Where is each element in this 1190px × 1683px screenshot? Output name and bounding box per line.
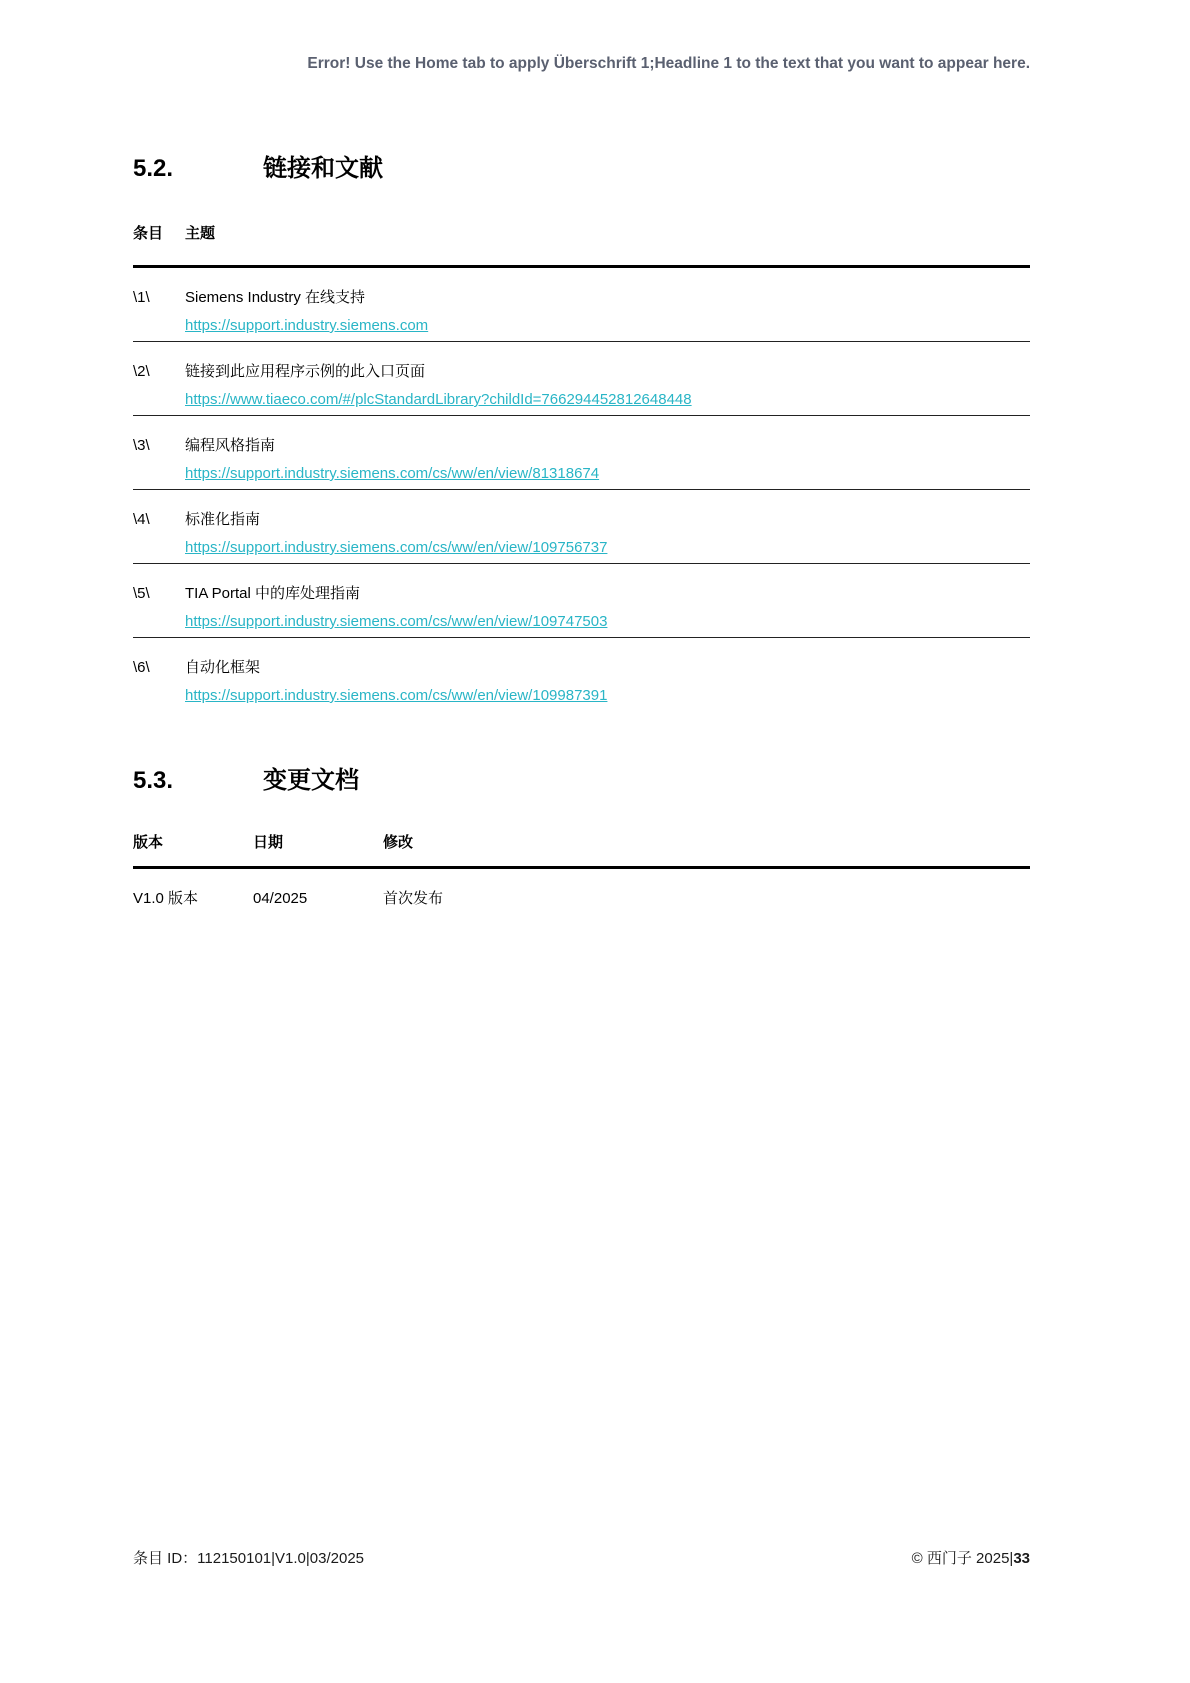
- row-content: 编程风格指南 https://support.industry.siemens.…: [185, 435, 1030, 485]
- link-url[interactable]: https://support.industry.siemens.com/cs/…: [185, 687, 607, 704]
- row-content: 标准化指南 https://support.industry.siemens.c…: [185, 509, 1030, 559]
- table-row: \1\ Siemens Industry 在线支持 https://suppor…: [133, 268, 1030, 342]
- footer-copyright: © 西门子 2025|33: [912, 1548, 1030, 1570]
- topic-text: 链接到此应用程序示例的此入口页面: [185, 361, 1030, 383]
- table-row: \4\ 标准化指南 https://support.industry.sieme…: [133, 490, 1030, 564]
- topic-text: Siemens Industry 在线支持: [185, 287, 1030, 309]
- date-value: 04/2025: [253, 889, 383, 908]
- change-doc-table: 版本 日期 修改 V1.0 版本 04/2025 首次发布: [133, 834, 1030, 908]
- links-table-header: 条目 主题: [133, 226, 1030, 268]
- table-row: \5\ TIA Portal 中的库处理指南 https://support.i…: [133, 564, 1030, 638]
- link-url[interactable]: https://support.industry.siemens.com/cs/…: [185, 465, 599, 482]
- section-number: 5.2.: [133, 154, 263, 184]
- table-row: \6\ 自动化框架 https://support.industry.sieme…: [133, 638, 1030, 711]
- column-header-version: 版本: [133, 834, 253, 851]
- column-header-entry: 条目: [133, 226, 185, 242]
- reference-id: \6\: [133, 657, 185, 707]
- section-title: 链接和文献: [263, 154, 383, 184]
- change-value: 首次发布: [383, 889, 1030, 908]
- footer-page-number: 33: [1013, 1550, 1030, 1567]
- topic-text: 标准化指南: [185, 509, 1030, 531]
- reference-id: \2\: [133, 361, 185, 411]
- header-error-text: Error! Use the Home tab to apply Übersch…: [133, 54, 1030, 74]
- link-url[interactable]: https://support.industry.siemens.com: [185, 317, 428, 334]
- section-number: 5.3.: [133, 766, 263, 796]
- row-content: TIA Portal 中的库处理指南 https://support.indus…: [185, 583, 1030, 633]
- footer-document-id: 条目 ID：112150101|V1.0|03/2025: [133, 1548, 364, 1570]
- table-row: \2\ 链接到此应用程序示例的此入口页面 https://www.tiaeco.…: [133, 342, 1030, 416]
- page-content: Error! Use the Home tab to apply Übersch…: [0, 0, 1190, 908]
- row-content: 自动化框架 https://support.industry.siemens.c…: [185, 657, 1030, 707]
- page-footer: 条目 ID：112150101|V1.0|03/2025 © 西门子 2025|…: [133, 1548, 1030, 1570]
- change-table-header: 版本 日期 修改: [133, 834, 1030, 869]
- reference-id: \4\: [133, 509, 185, 559]
- topic-text: 编程风格指南: [185, 435, 1030, 457]
- row-content: 链接到此应用程序示例的此入口页面 https://www.tiaeco.com/…: [185, 361, 1030, 411]
- section-title: 变更文档: [263, 766, 359, 796]
- topic-text: TIA Portal 中的库处理指南: [185, 583, 1030, 605]
- column-header-date: 日期: [253, 834, 383, 851]
- column-header-topic: 主题: [185, 226, 1030, 242]
- reference-id: \1\: [133, 287, 185, 337]
- link-url[interactable]: https://support.industry.siemens.com/cs/…: [185, 539, 607, 556]
- footer-copyright-text: © 西门子 2025|: [912, 1550, 1014, 1567]
- reference-id: \3\: [133, 435, 185, 485]
- topic-text: 自动化框架: [185, 657, 1030, 679]
- reference-id: \5\: [133, 583, 185, 633]
- link-url[interactable]: https://www.tiaeco.com/#/plcStandardLibr…: [185, 391, 692, 408]
- link-url[interactable]: https://support.industry.siemens.com/cs/…: [185, 613, 607, 630]
- table-row: V1.0 版本 04/2025 首次发布: [133, 869, 1030, 908]
- links-table: 条目 主题 \1\ Siemens Industry 在线支持 https://…: [133, 226, 1030, 711]
- section-heading-links: 5.2. 链接和文献: [133, 154, 1030, 184]
- row-content: Siemens Industry 在线支持 https://support.in…: [185, 287, 1030, 337]
- column-header-change: 修改: [383, 834, 1030, 851]
- section-heading-changes: 5.3. 变更文档: [133, 766, 1030, 796]
- version-value: V1.0 版本: [133, 889, 253, 908]
- table-row: \3\ 编程风格指南 https://support.industry.siem…: [133, 416, 1030, 490]
